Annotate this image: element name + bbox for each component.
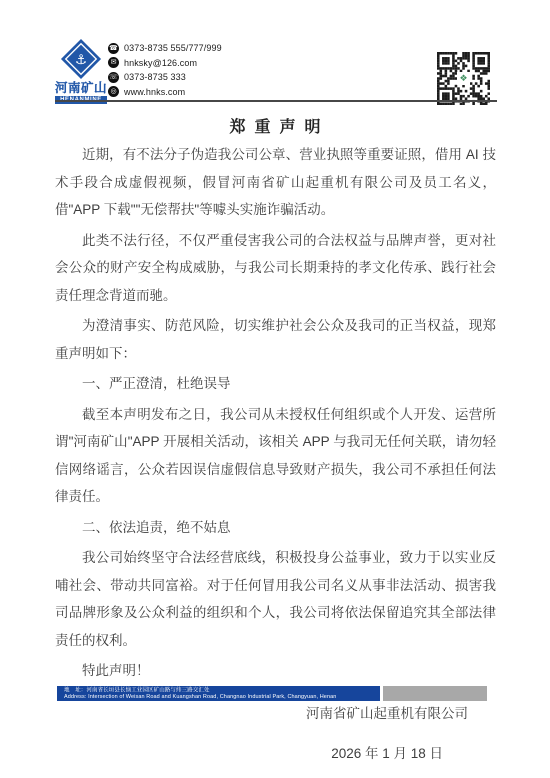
website-url: www.hnks.com [124,87,185,97]
contact-email: ✉ hnksky@126.com [108,56,222,70]
contact-list: ☎ 0373-8735 555/777/999 ✉ hnksky@126.com… [108,41,222,99]
address-en: Address: Intersection of Weisan Road and… [64,694,380,701]
page-title: 郑重声明 [0,114,550,137]
footer-gray-bar [383,686,487,701]
statement-date: 2026 年 1 月 18 日 [55,740,496,768]
qr-code: ❖ [437,52,490,105]
globe-icon: ◎ [108,86,119,97]
phone-icon: ☎ [108,43,119,54]
contact-phone: ☎ 0373-8735 555/777/999 [108,41,222,55]
company-signature: 河南省矿山起重机有限公司 [55,700,496,728]
statement-page: ⚓ 河南矿山 HENANMINE ☎ 0373-8735 555/777/999… [0,0,550,778]
contact-fax: ☏ 0373-8735 333 [108,70,222,84]
contact-website: ◎ www.hnks.com [108,85,222,99]
statement-body: 近期，有不法分子伪造我公司公章、营业执照等重要证照，借用 AI 技术手段合成虚假… [55,141,496,768]
header-divider [55,100,497,102]
anchor-icon: ⚓ [75,52,87,67]
phone-number: 0373-8735 555/777/999 [124,43,222,53]
paragraph-liability: 我公司始终坚守合法经营底线，积极投身公益事业，致力于以实业反哺社会、带动共同富裕… [55,544,496,654]
logo-wordmark: 河南矿山 [54,82,108,95]
fax-icon: ☏ [108,72,119,83]
qr-center-logo: ❖ [457,72,470,85]
fax-number: 0373-8735 333 [124,72,186,82]
section-heading-1: 一、严正澄清，杜绝误导 [55,370,496,398]
paragraph-clarify: 截至本声明发布之日，我公司从未授权任何组织或个人开发、运营所谓"河南矿山"APP… [55,401,496,511]
footer-address-bar: 地 址：河南省长垣县长恼工业园区矿山路与纬三路交汇处 Address: Inte… [57,686,380,701]
section-heading-2: 二、依法追责，绝不姑息 [55,514,496,542]
email-address: hnksky@126.com [124,58,197,68]
paragraph-purpose: 为澄清事实、防范风险，切实维护社会公众及我司的正当权益，现郑重声明如下： [55,312,496,367]
closing-statement: 特此声明！ [55,657,496,685]
paragraph-intro: 近期，有不法分子伪造我公司公章、营业执照等重要证照，借用 AI 技术手段合成虚假… [55,141,496,224]
company-logo: ⚓ 河南矿山 HENANMINE [54,38,108,104]
email-icon: ✉ [108,57,119,68]
paragraph-harm: 此类不法行径，不仅严重侵害我公司的合法权益与品牌声誉，更对社会公众的财产安全构成… [55,227,496,310]
logo-diamond-icon: ⚓ [60,38,102,80]
